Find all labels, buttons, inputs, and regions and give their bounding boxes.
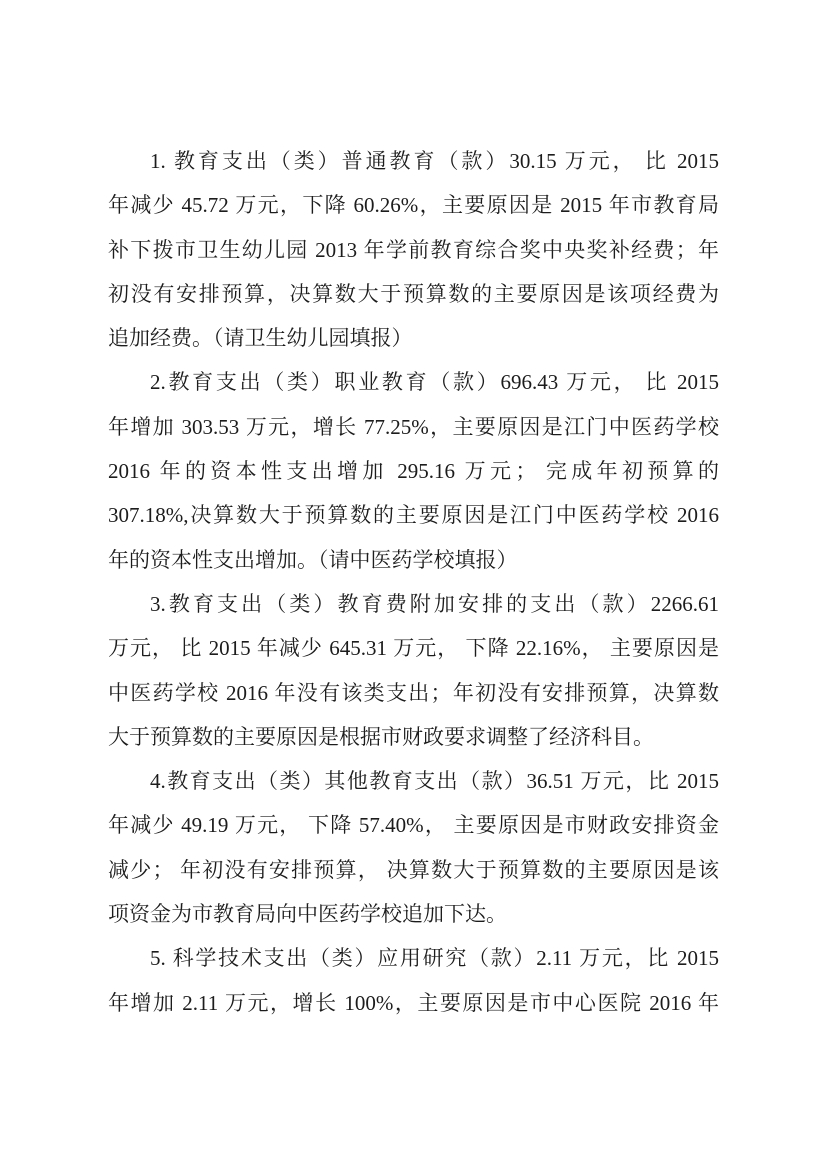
text-line: 年增加 2.11 万元，增长 100%，主要原因是市中心医院 2016 年 [108,981,719,1025]
text-line: 1. 教育支出（类）普通教育（款）30.15 万元， 比 2015 [108,139,719,183]
paragraph-1: 1. 教育支出（类）普通教育（款）30.15 万元， 比 2015 年减少 45… [108,139,719,360]
text-line: 大于预算数的主要原因是根据市财政要求调整了经济科目。 [108,715,719,759]
text-line: 中医药学校 2016 年没有该类支出；年初没有安排预算，决算数 [108,671,719,715]
text-line: 5. 科学技术支出（类）应用研究（款）2.11 万元，比 2015 [108,936,719,980]
text-line: 2.教育支出（类）职业教育（款）696.43 万元， 比 2015 [108,360,719,404]
text-line: 年增加 303.53 万元，增长 77.25%，主要原因是江门中医药学校 [108,405,719,449]
text-line: 万元， 比 2015 年减少 645.31 万元， 下降 22.16%， 主要原… [108,626,719,670]
paragraph-2: 2.教育支出（类）职业教育（款）696.43 万元， 比 2015 年增加 30… [108,360,719,581]
document-text-block: 1. 教育支出（类）普通教育（款）30.15 万元， 比 2015 年减少 45… [108,139,719,1025]
text-line: 项资金为市教育局向中医药学校追加下达。 [108,892,719,936]
text-line: 减少； 年初没有安排预算， 决算数大于预算数的主要原因是该 [108,848,719,892]
document-page: 1. 教育支出（类）普通教育（款）30.15 万元， 比 2015 年减少 45… [0,0,827,1169]
text-line: 年减少 45.72 万元，下降 60.26%，主要原因是 2015 年市教育局 [108,183,719,227]
text-line: 3.教育支出（类）教育费附加安排的支出（款）2266.61 [108,582,719,626]
text-line: 4.教育支出（类）其他教育支出（款）36.51 万元，比 2015 [108,759,719,803]
text-line: 初没有安排预算，决算数大于预算数的主要原因是该项经费为 [108,272,719,316]
text-line: 2016 年的资本性支出增加 295.16 万元； 完成年初预算的 [108,449,719,493]
paragraph-3: 3.教育支出（类）教育费附加安排的支出（款）2266.61 万元， 比 2015… [108,582,719,759]
paragraph-4: 4.教育支出（类）其他教育支出（款）36.51 万元，比 2015 年减少 49… [108,759,719,936]
paragraph-5: 5. 科学技术支出（类）应用研究（款）2.11 万元，比 2015 年增加 2.… [108,936,719,1025]
text-line: 追加经费。（请卫生幼儿园填报） [108,316,719,360]
text-line: 307.18%,决算数大于预算数的主要原因是江门中医药学校 2016 [108,493,719,537]
text-line: 年减少 49.19 万元， 下降 57.40%， 主要原因是市财政安排资金 [108,803,719,847]
text-line: 补下拨市卫生幼儿园 2013 年学前教育综合奖中央奖补经费；年 [108,228,719,272]
text-line: 年的资本性支出增加。（请中医药学校填报） [108,538,719,582]
